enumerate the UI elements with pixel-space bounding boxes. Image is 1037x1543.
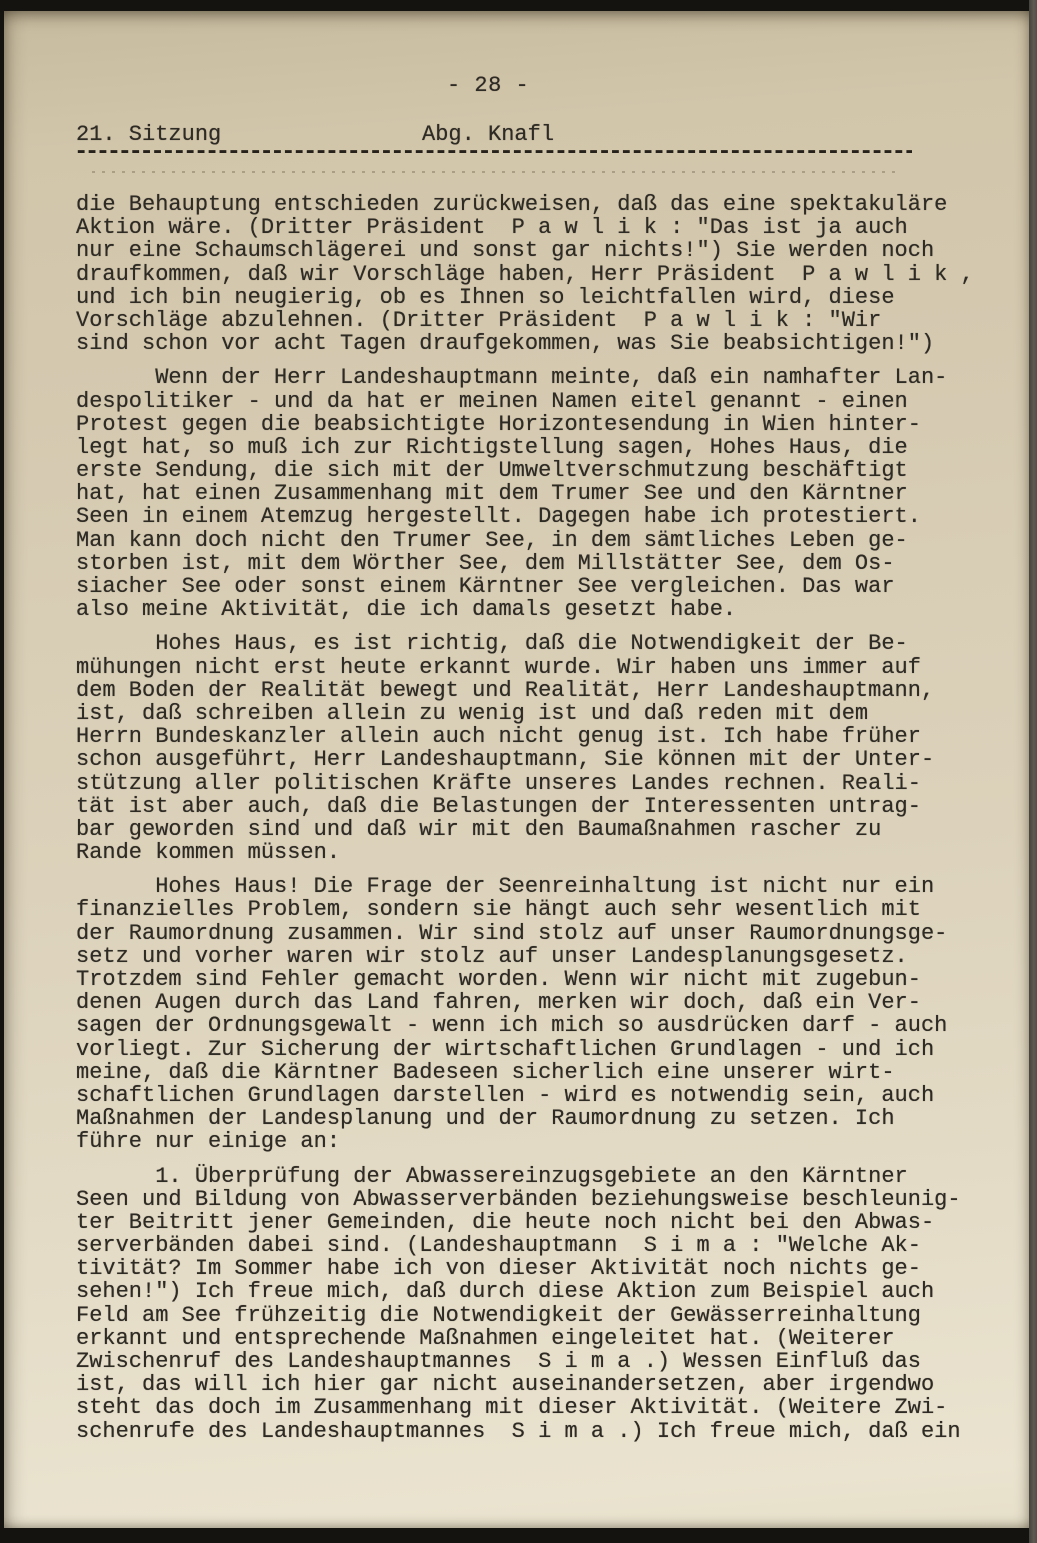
text-line: bar geworden sind und daß wir mit den Ba… <box>76 818 1016 841</box>
text-line: hat, hat einen Zusammenhang mit dem Trum… <box>76 482 1016 505</box>
text-line: sehen!") Ich freue mich, daß durch diese… <box>76 1280 1016 1303</box>
text-line: vorliegt. Zur Sicherung der wirtschaftli… <box>76 1038 1016 1061</box>
paragraph: Hohes Haus! Die Frage der Seenreinhaltun… <box>76 875 1016 1153</box>
text-line: schon ausgeführt, Herr Landeshauptmann, … <box>76 748 1016 771</box>
text-line: Seen und Bildung von Abwasserverbänden b… <box>76 1188 1016 1211</box>
text-line: Feld am See frühzeitig die Notwendigkeit… <box>76 1304 1016 1327</box>
text-line: erste Sendung, die sich mit der Umweltve… <box>76 459 1016 482</box>
text-line: ist, daß schreiben allein zu wenig ist u… <box>76 702 1016 725</box>
paragraph: 1. Überprüfung der Abwassereinzugsgebiet… <box>76 1165 1016 1443</box>
text-line: und ich bin neugierig, ob es Ihnen so le… <box>76 286 1016 309</box>
document-body: die Behauptung entschieden zurückweisen,… <box>76 193 1016 1443</box>
text-line: die Behauptung entschieden zurückweisen,… <box>76 193 1016 216</box>
text-line: Hohes Haus, es ist richtig, daß die Notw… <box>76 632 1016 655</box>
text-line: setz und vorher waren wir stolz auf unse… <box>76 945 1016 968</box>
text-line: 1. Überprüfung der Abwassereinzugsgebiet… <box>76 1165 1016 1188</box>
text-line: Maßnahmen der Landesplanung und der Raum… <box>76 1107 1016 1130</box>
text-line: mühungen nicht erst heute erkannt wurde.… <box>76 656 1016 679</box>
text-line: nur eine Schaumschlägerei und sonst gar … <box>76 239 1016 262</box>
text-line: Man kann doch nicht den Trumer See, in d… <box>76 529 1016 552</box>
text-line: storben ist, mit dem Wörther See, dem Mi… <box>76 552 1016 575</box>
text-line: Protest gegen die beabsichtigte Horizont… <box>76 413 1016 436</box>
text-line: steht das doch im Zusammenhang mit diese… <box>76 1396 1016 1419</box>
scanned-page: { "page": { "page_number": "- 28 -", "he… <box>0 0 1037 1543</box>
text-line: ist, das will ich hier gar nicht auseina… <box>76 1373 1016 1396</box>
text-line: Zwischenruf des Landeshauptmannes S i m … <box>76 1350 1016 1373</box>
text-line: sagen der Ordnungsgewalt - wenn ich mich… <box>76 1014 1016 1037</box>
paper-sheet: - 28 - 21. Sitzung Abg. Knafl ----------… <box>4 11 1029 1528</box>
text-line: draufkommen, daß wir Vorschläge haben, H… <box>76 263 1016 286</box>
text-line: Aktion wäre. (Dritter Präsident P a w l … <box>76 216 1016 239</box>
text-line: schenrufe des Landeshauptmannes S i m a … <box>76 1420 1016 1443</box>
paragraph: die Behauptung entschieden zurückweisen,… <box>76 193 1016 355</box>
header-divider: ----------------------------------------… <box>74 139 912 169</box>
text-line: stützung aller politischen Kräfte unsere… <box>76 772 1016 795</box>
text-line: tivität? Im Sommer habe ich von dieser A… <box>76 1257 1016 1280</box>
paragraph: Hohes Haus, es ist richtig, daß die Notw… <box>76 632 1016 864</box>
scan-border-right <box>1029 0 1037 1543</box>
text-line: denen Augen durch das Land fahren, merke… <box>76 991 1016 1014</box>
page-number: - 28 - <box>447 73 529 98</box>
faint-scan-line <box>92 171 902 173</box>
text-line: serverbänden dabei sind. (Landeshauptman… <box>76 1234 1016 1257</box>
text-line: schaftlichen Grundlagen darstellen - wir… <box>76 1084 1016 1107</box>
text-line: der Raumordnung zusammen. Wir sind stolz… <box>76 922 1016 945</box>
text-line: despolitiker - und da hat er meinen Name… <box>76 390 1016 413</box>
text-line: Herrn Bundeskanzler allein auch nicht ge… <box>76 725 1016 748</box>
text-line: siacher See oder sonst einem Kärntner Se… <box>76 575 1016 598</box>
paragraph: Wenn der Herr Landeshauptmann meinte, da… <box>76 366 1016 621</box>
text-line: also meine Aktivität, die ich damals ges… <box>76 598 1016 621</box>
text-line: erkannt und entsprechende Maßnahmen eing… <box>76 1327 1016 1350</box>
text-line: führe nur einige an: <box>76 1130 1016 1153</box>
text-line: dem Boden der Realität bewegt und Realit… <box>76 679 1016 702</box>
text-line: Vorschläge abzulehnen. (Dritter Präsiden… <box>76 309 1016 332</box>
text-line: meine, daß die Kärntner Badeseen sicherl… <box>76 1061 1016 1084</box>
text-line: Trotzdem sind Fehler gemacht worden. Wen… <box>76 968 1016 991</box>
text-line: tät ist aber auch, daß die Belastungen d… <box>76 795 1016 818</box>
text-line: finanzielles Problem, sondern sie hängt … <box>76 898 1016 921</box>
text-line: Rande kommen müssen. <box>76 841 1016 864</box>
text-line: Hohes Haus! Die Frage der Seenreinhaltun… <box>76 875 1016 898</box>
text-line: sind schon vor acht Tagen draufgekommen,… <box>76 332 1016 355</box>
text-line: legt hat, so muß ich zur Richtigstellung… <box>76 436 1016 459</box>
text-line: Wenn der Herr Landeshauptmann meinte, da… <box>76 366 1016 389</box>
text-line: Seen in einem Atemzug hergestellt. Dageg… <box>76 505 1016 528</box>
text-line: ter Beitritt jener Gemeinden, die heute … <box>76 1211 1016 1234</box>
